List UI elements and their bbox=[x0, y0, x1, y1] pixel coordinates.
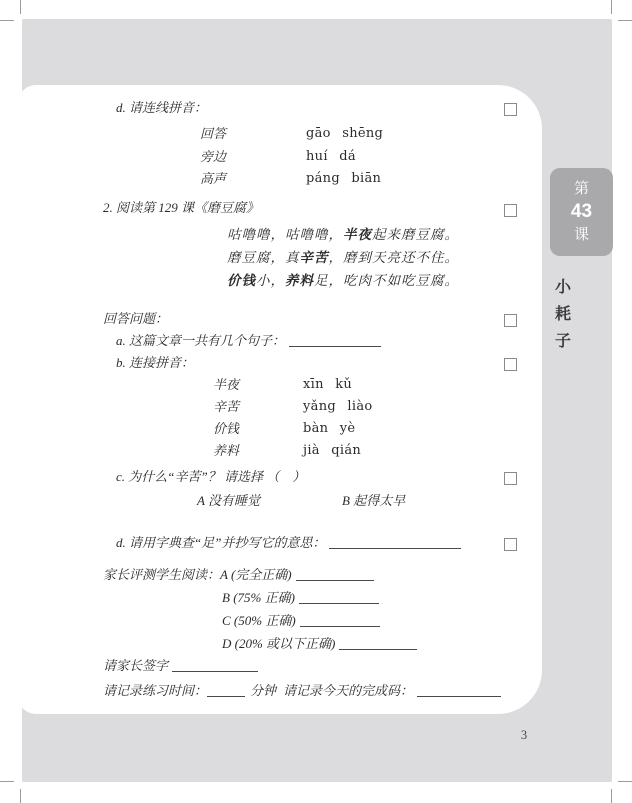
lesson-tab-char-bottom: 课 bbox=[574, 225, 589, 245]
lesson-tab-number: 43 bbox=[571, 201, 592, 223]
poem-line-1: 咕噜噜，咕噜噜，半夜起来磨豆腐。 bbox=[227, 227, 459, 243]
exercise1d-title: d. 请连线拼音： bbox=[116, 100, 207, 116]
question-b-label: b. 连接拼音： bbox=[116, 355, 194, 371]
poem-text: 小， bbox=[256, 273, 285, 288]
grading-option-d: D (20% 或以下正确) bbox=[222, 636, 335, 651]
crop-mark-top-right-h bbox=[618, 20, 632, 21]
poem-bold-word: 辛苦 bbox=[300, 250, 329, 265]
grading-blank-c bbox=[300, 614, 380, 627]
crop-mark-bottom-left-h bbox=[0, 781, 14, 782]
match-pinyin: jià qián bbox=[303, 443, 361, 459]
poem-bold-word: 半夜 bbox=[343, 227, 372, 242]
answer-blank-a bbox=[289, 334, 381, 347]
record-row: 请记录练习时间：分钟请记录今天的完成码： bbox=[103, 683, 501, 699]
lesson-title-char: 耗 bbox=[546, 301, 580, 328]
crop-mark-top-right-v bbox=[611, 0, 612, 14]
grading-blank-a bbox=[296, 568, 374, 581]
match-pinyin: bàn yè bbox=[303, 421, 355, 437]
grading-row-a: 家长评测学生阅读：A (完全正确) bbox=[103, 567, 374, 583]
completion-checkbox-4[interactable] bbox=[504, 358, 517, 371]
signature-blank bbox=[172, 659, 258, 672]
poem-text: 咕噜噜，咕噜噜， bbox=[227, 227, 343, 242]
match-word: 旁边 bbox=[200, 149, 226, 165]
grading-option-c: C (50% 正确) bbox=[222, 613, 296, 628]
crop-mark-top-left-h bbox=[0, 20, 14, 21]
signature-label: 请家长签字 bbox=[103, 658, 168, 673]
match-word: 半夜 bbox=[213, 377, 239, 393]
signature-row: 请家长签字 bbox=[103, 658, 258, 674]
match-word: 回答 bbox=[200, 126, 226, 142]
poem-text: 磨豆腐，真 bbox=[227, 250, 300, 265]
question-d: d. 请用字典查“足”并抄写它的意思： bbox=[116, 535, 461, 551]
lesson-title-char: 小 bbox=[546, 274, 580, 301]
record-time-label: 请记录练习时间： bbox=[103, 683, 207, 698]
match-pinyin: xīn kǔ bbox=[303, 377, 352, 393]
poem-text: 足，吃肉不如吃豆腐。 bbox=[314, 273, 459, 288]
record-minutes-label: 分钟 bbox=[250, 683, 276, 698]
record-code-blank bbox=[417, 684, 501, 697]
exercise2-title: 2. 阅读第 129 课《磨豆腐》 bbox=[103, 200, 259, 216]
match-word: 养料 bbox=[213, 443, 239, 459]
question-a-label: a. 这篇文章一共有几个句子： bbox=[116, 333, 285, 348]
completion-checkbox-3[interactable] bbox=[504, 314, 517, 327]
match-word: 价钱 bbox=[213, 421, 239, 437]
match-pinyin: gāo shēng bbox=[306, 126, 383, 142]
page-number: 3 bbox=[512, 728, 536, 743]
match-pinyin: huí dá bbox=[306, 149, 356, 165]
match-pinyin: yǎng liào bbox=[303, 399, 373, 415]
grading-option-a: A (完全正确) bbox=[220, 567, 292, 582]
grading-row-d: D (20% 或以下正确) bbox=[222, 636, 417, 652]
crop-mark-bottom-left-v bbox=[20, 789, 21, 803]
poem-text: 起来磨豆腐。 bbox=[372, 227, 459, 242]
poem-line-2: 磨豆腐，真辛苦，磨到天亮还不住。 bbox=[227, 250, 459, 266]
poem-line-3: 价钱小，养料足，吃肉不如吃豆腐。 bbox=[227, 273, 459, 289]
poem-bold-word: 养料 bbox=[285, 273, 314, 288]
lesson-title-vertical: 小 耗 子 bbox=[546, 274, 580, 355]
crop-mark-bottom-right-v bbox=[611, 789, 612, 803]
crop-mark-bottom-right-h bbox=[618, 781, 632, 782]
match-word: 辛苦 bbox=[213, 399, 239, 415]
grading-blank-d bbox=[339, 637, 417, 650]
completion-checkbox-6[interactable] bbox=[504, 538, 517, 551]
question-c-label: c. 为什么“辛苦”？ 请选择 （ ） bbox=[116, 469, 305, 485]
grading-intro: 家长评测学生阅读： bbox=[103, 567, 220, 582]
lesson-tab-char-top: 第 bbox=[574, 179, 589, 199]
completion-checkbox-5[interactable] bbox=[504, 472, 517, 485]
grading-row-c: C (50% 正确) bbox=[222, 613, 380, 629]
grading-blank-b bbox=[299, 591, 379, 604]
lesson-title-char: 子 bbox=[546, 328, 580, 355]
question-a: a. 这篇文章一共有几个句子： bbox=[116, 333, 381, 349]
question-c-option-b: B 起得太早 bbox=[342, 493, 405, 509]
crop-mark-top-left-v bbox=[20, 0, 21, 14]
workbook-page: 第 43 课 小 耗 子 d. 请连线拼音： 回答 gāo shēng 旁边 h… bbox=[0, 0, 632, 803]
poem-bold-word: 价钱 bbox=[227, 273, 256, 288]
completion-checkbox-2[interactable] bbox=[504, 204, 517, 217]
match-pinyin: páng biān bbox=[306, 171, 381, 187]
lesson-tab: 第 43 课 bbox=[550, 168, 613, 256]
poem-text: ，磨到天亮还不住。 bbox=[329, 250, 460, 265]
question-c-option-a: A 没有睡觉 bbox=[197, 493, 260, 509]
questions-header: 回答问题： bbox=[103, 311, 168, 327]
match-word: 高声 bbox=[200, 171, 226, 187]
answer-blank-d bbox=[329, 536, 461, 549]
grading-row-b: B (75% 正确) bbox=[222, 590, 379, 606]
question-d-label: d. 请用字典查“足”并抄写它的意思： bbox=[116, 535, 325, 550]
record-code-label: 请记录今天的完成码： bbox=[283, 683, 413, 698]
record-time-blank bbox=[207, 684, 245, 697]
grading-option-b: B (75% 正确) bbox=[222, 590, 295, 605]
completion-checkbox-1[interactable] bbox=[504, 103, 517, 116]
